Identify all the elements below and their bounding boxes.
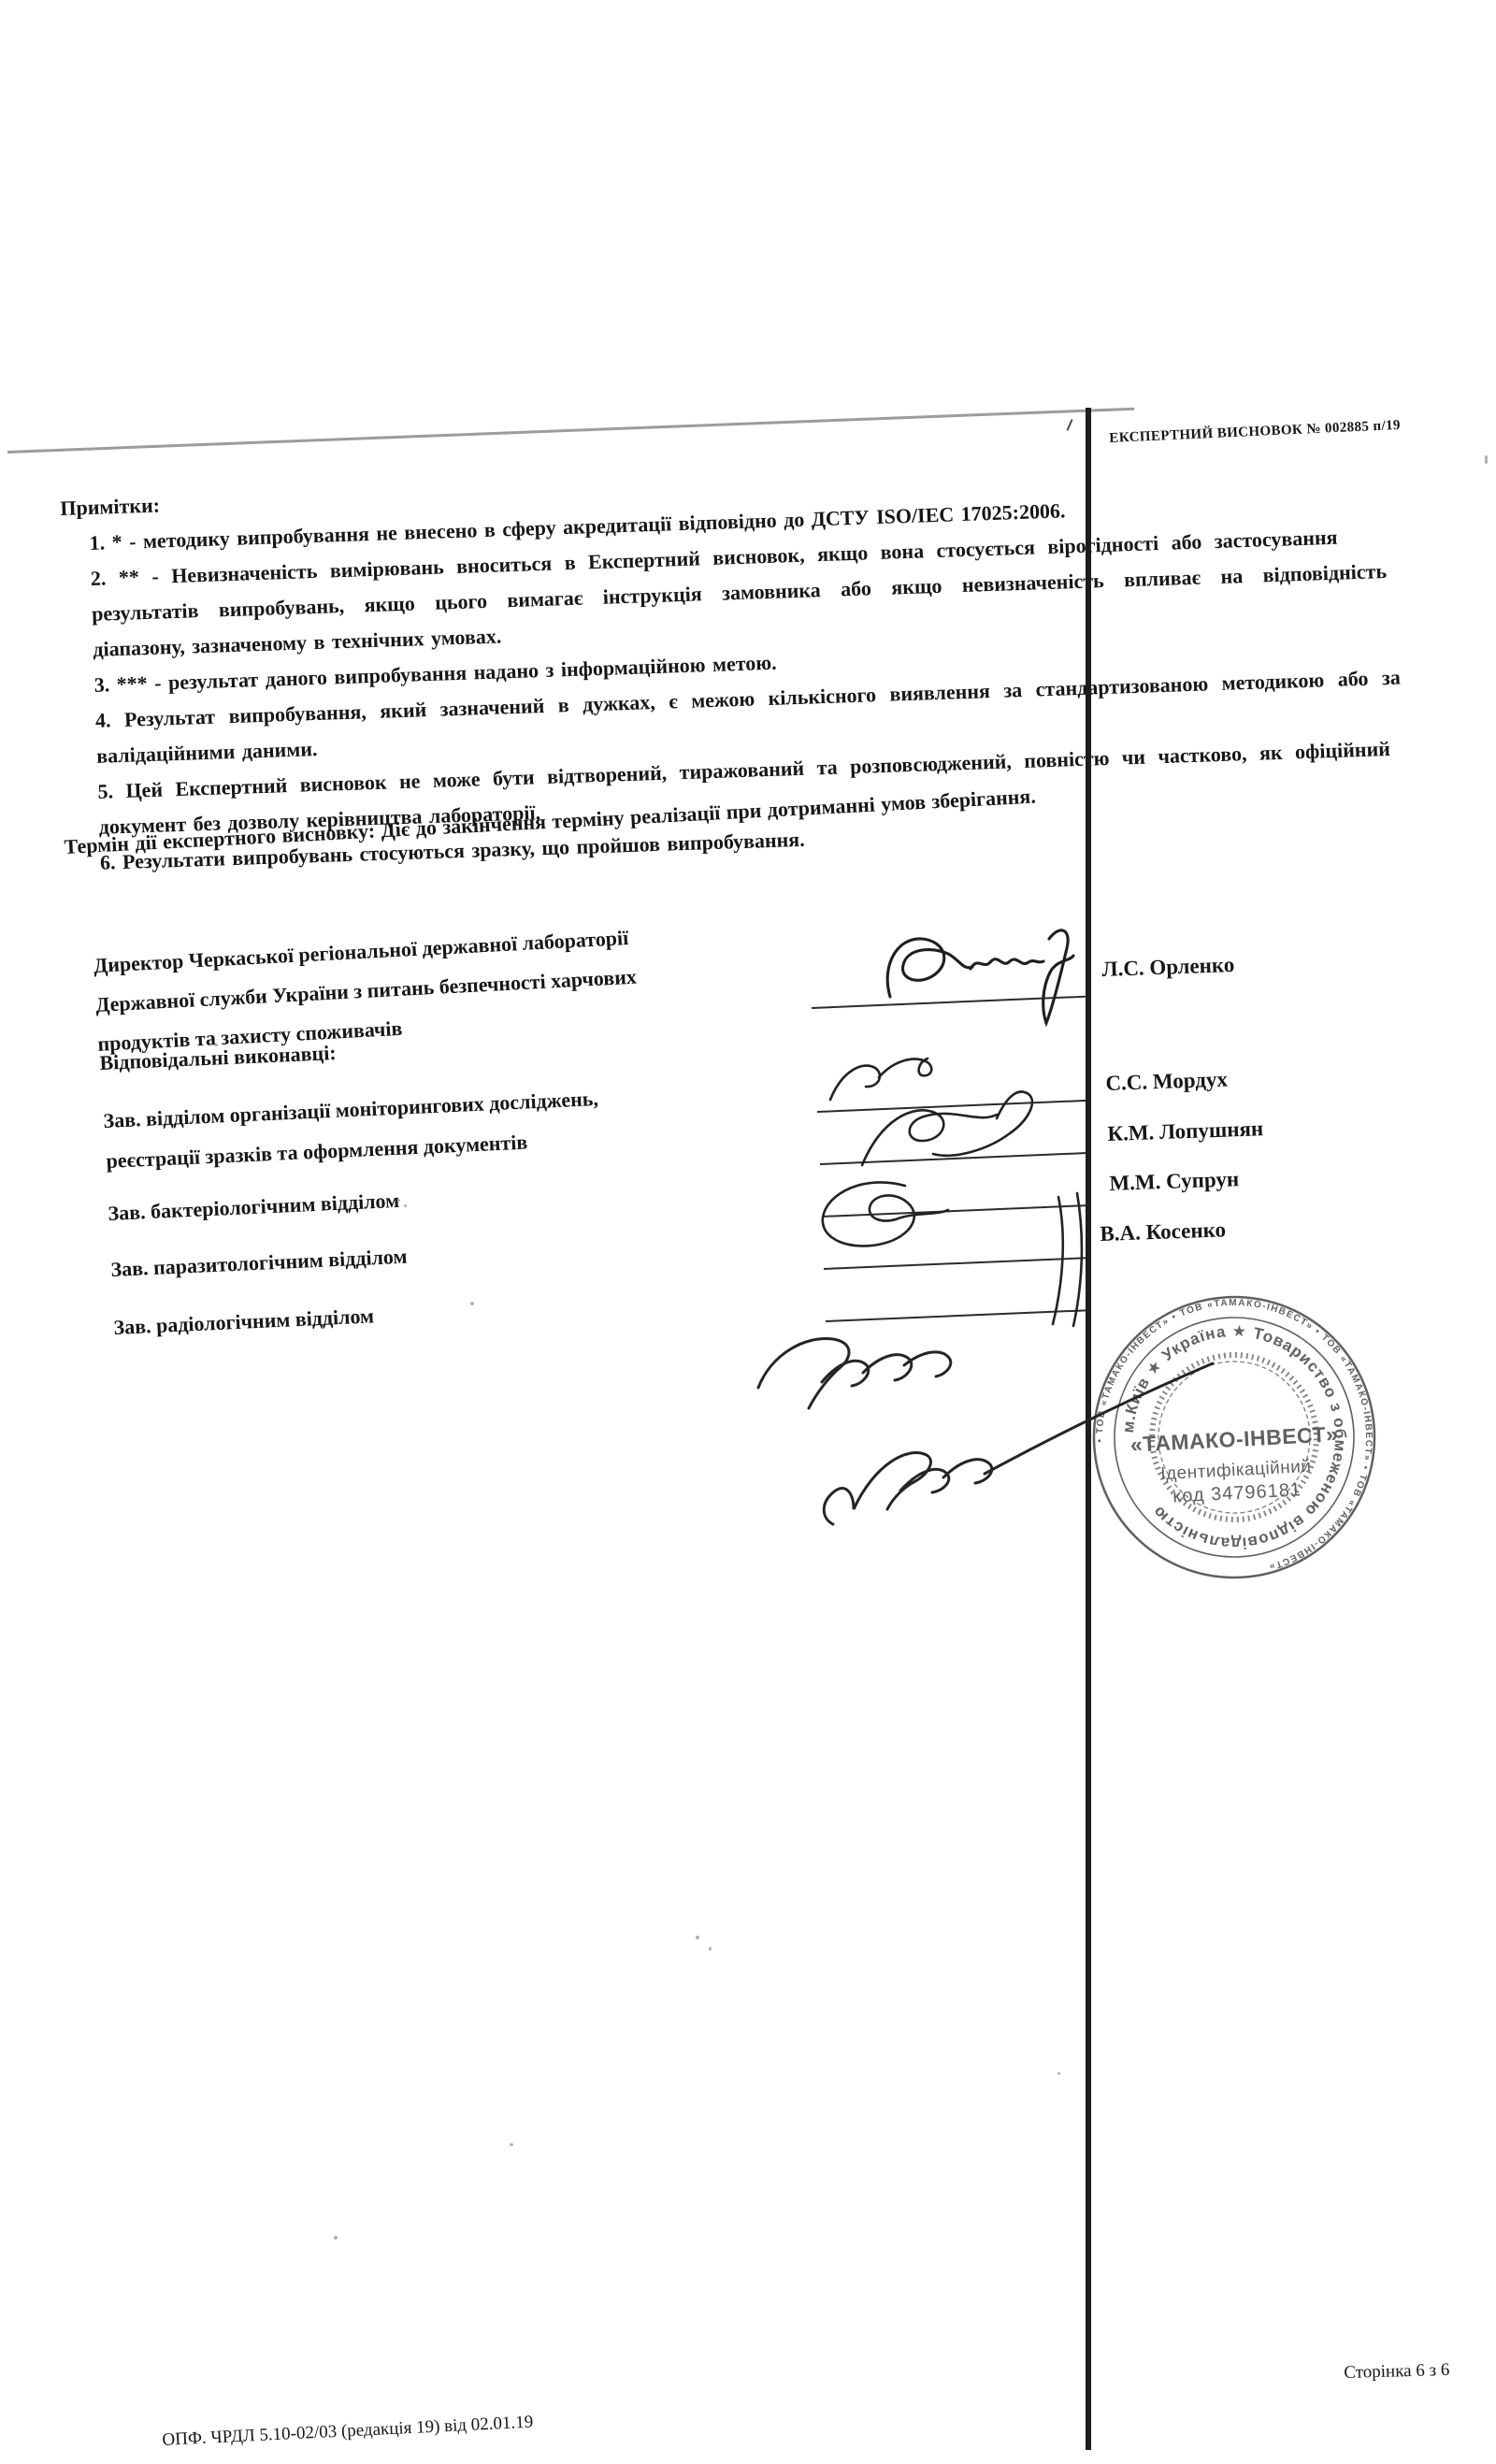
scan-speck [709, 1947, 712, 1951]
scan-speck [404, 1204, 407, 1207]
scan-speck [334, 2236, 338, 2240]
page-number: Сторінка 6 з 6 [1344, 2360, 1450, 2384]
document-header-reference: ЕКСПЕРТНИЙ ВИСНОВОК № 002885 п/19 [1109, 418, 1401, 447]
executor-label: реєстрації зразків та оформлення докумен… [106, 1131, 528, 1174]
scan-speck [696, 1936, 699, 1939]
executor-signatures [804, 1045, 1094, 1335]
scan-speck [1485, 455, 1488, 464]
scan-horizontal-fold-line [7, 408, 1134, 454]
pen-tick-mark [1066, 419, 1072, 431]
scan-speck [215, 1044, 218, 1046]
executor-label: Зав. паразитологічним відділом [110, 1245, 408, 1282]
handwritten-annotation [743, 1307, 1239, 1560]
executor-name: М.М. Супрун [1109, 1167, 1240, 1196]
executor-name: К.М. Лопушнян [1107, 1117, 1264, 1146]
director-name: Л.С. Орленко [1101, 953, 1235, 982]
executor-name: В.А. Косенко [1100, 1218, 1226, 1246]
scan-speck [470, 1302, 474, 1305]
executor-label: Зав. бактеріологічним відділом [108, 1189, 400, 1226]
executor-name: С.С. Мордух [1105, 1067, 1228, 1096]
director-signature [877, 924, 1101, 1034]
director-title: Директор Черкаської регіональної державн… [93, 918, 640, 1064]
scan-speck [396, 1199, 400, 1202]
executor-label: Зав. відділом організації моніторингових… [103, 1087, 598, 1133]
scan-speck [510, 2143, 513, 2146]
scan-speck [1057, 2072, 1060, 2075]
scanned-document-page: ЕКСПЕРТНИЙ ВИСНОВОК № 002885 п/19 Приміт… [0, 0, 1496, 2464]
footer-form-code: ОПФ. ЧРДЛ 5.10-02/03 (редакція 19) від 0… [162, 2413, 534, 2451]
executor-label: Зав. радіологічним відділом [113, 1304, 375, 1340]
